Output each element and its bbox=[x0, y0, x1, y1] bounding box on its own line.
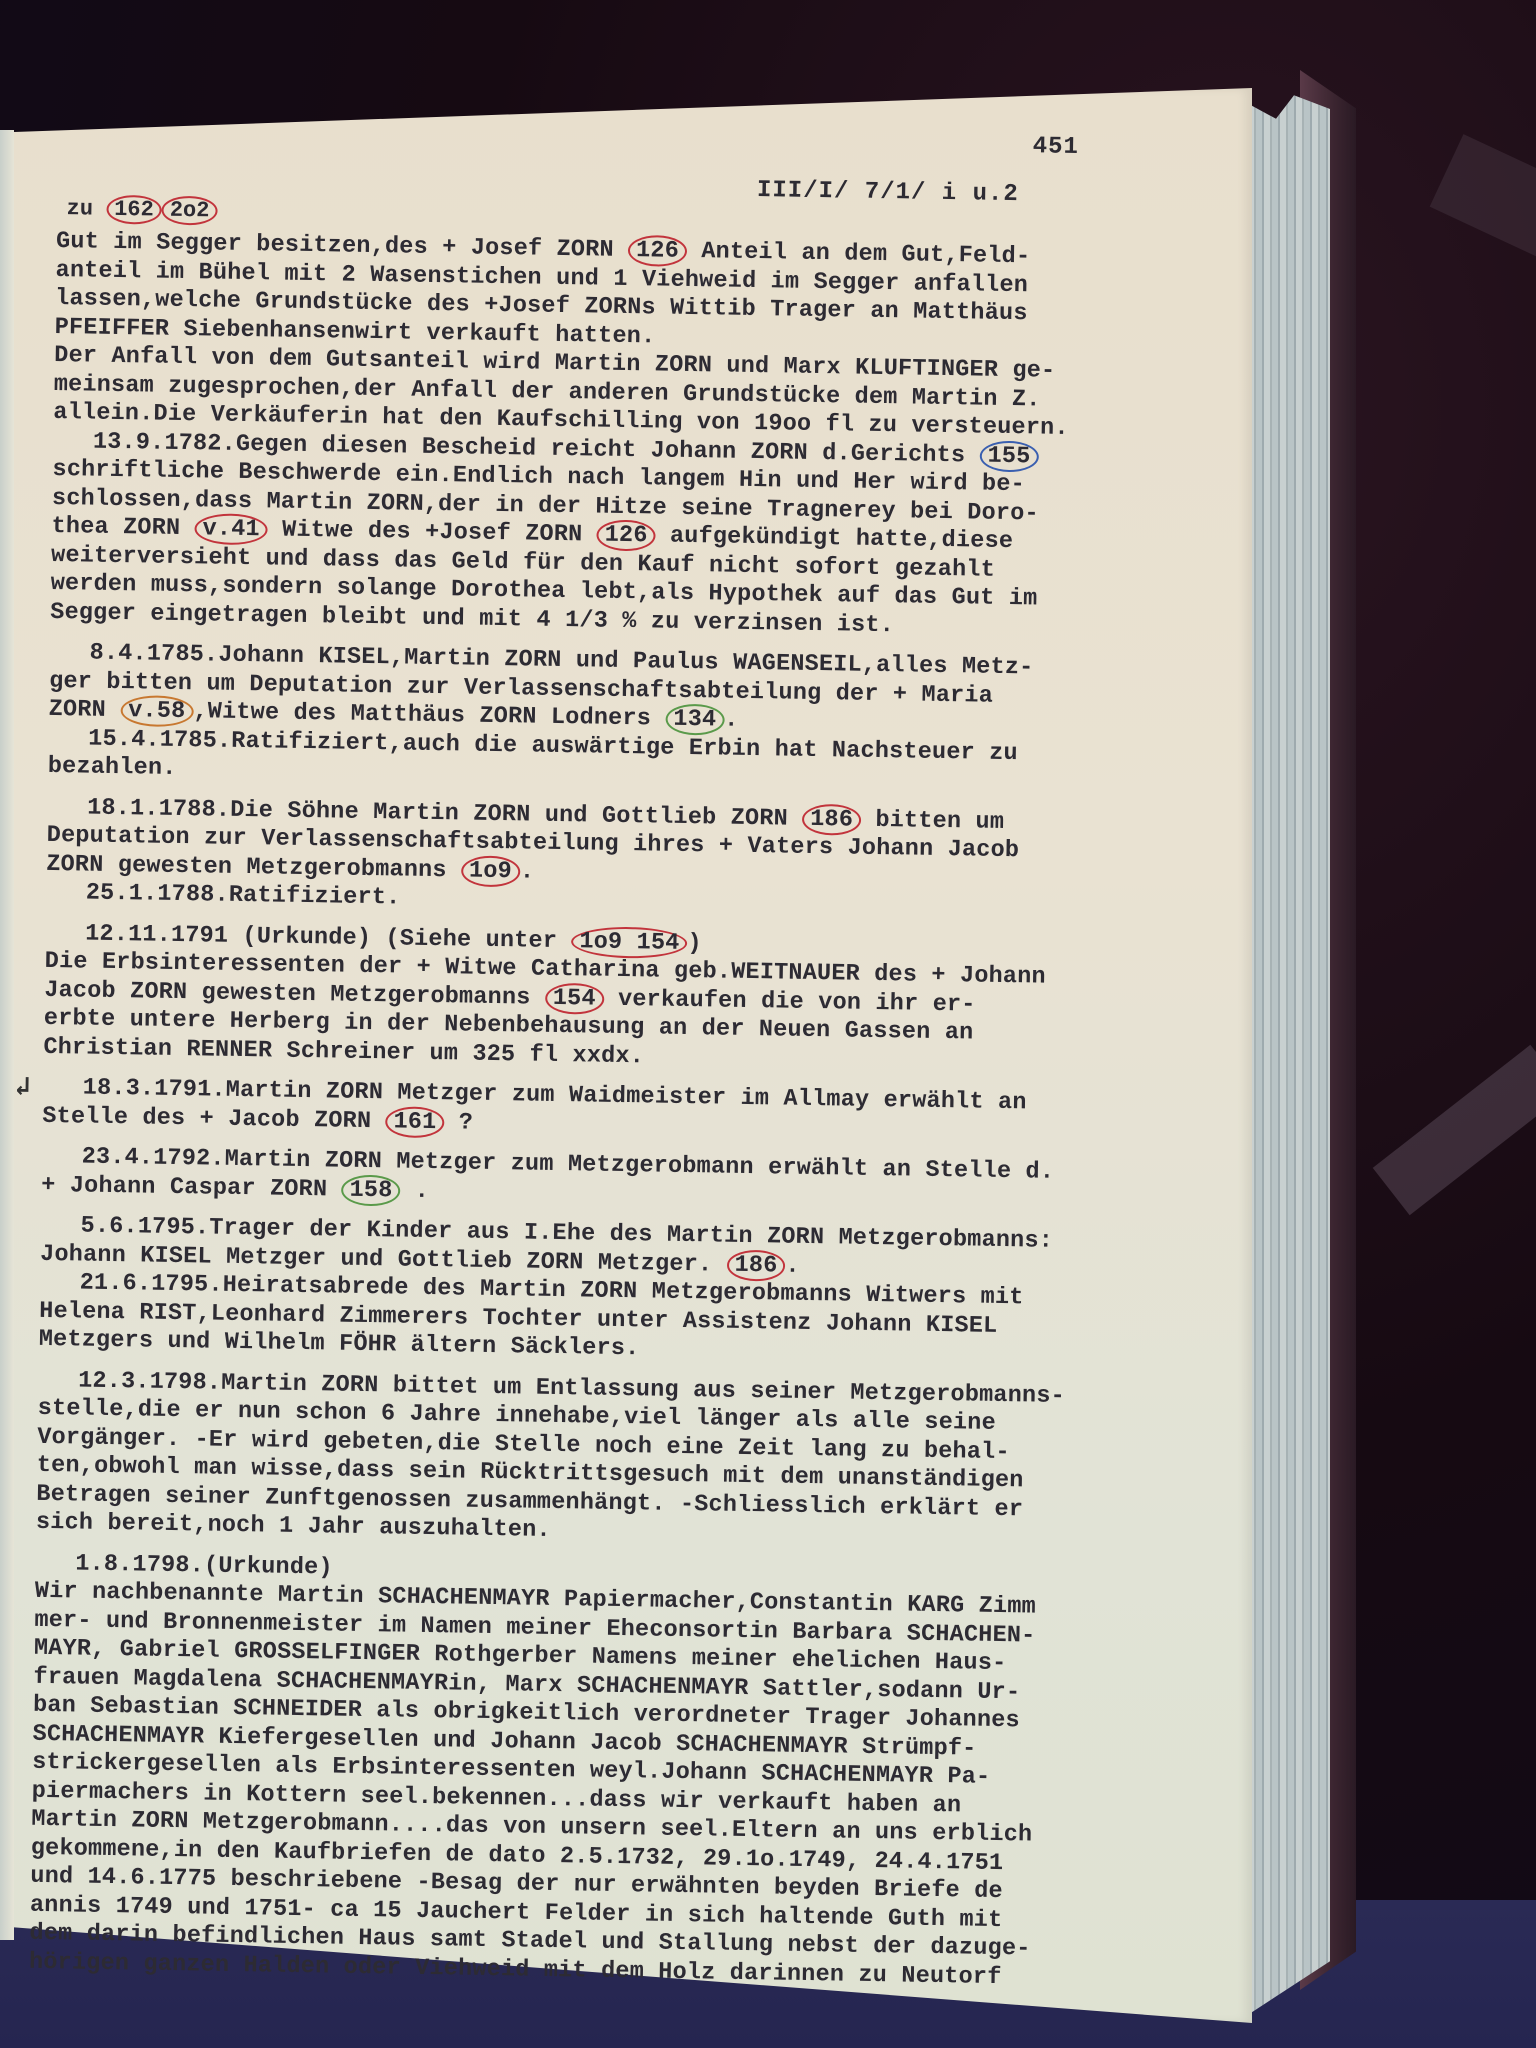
circled-reference: 134 bbox=[665, 704, 724, 736]
background-strap bbox=[1430, 134, 1536, 266]
previous-page-edge bbox=[0, 130, 14, 1940]
typewritten-text-body: Gut im Segger besitzen,des + Josef ZORN … bbox=[29, 228, 1083, 1993]
circled-reference: 161 bbox=[385, 1106, 444, 1138]
circled-reference: 154 bbox=[545, 982, 604, 1014]
circled-reference: 155 bbox=[979, 440, 1038, 472]
circled-reference: 126 bbox=[628, 235, 687, 267]
background-strap bbox=[1373, 1045, 1536, 1215]
header-prefix: zu bbox=[66, 196, 93, 221]
circled-reference: 162 bbox=[106, 195, 162, 225]
archive-reference: III/I/ 7/1/ i u.2 bbox=[757, 177, 1019, 208]
page-number: 451 bbox=[1032, 133, 1079, 161]
circled-reference: 158 bbox=[341, 1174, 400, 1206]
circled-reference: v.58 bbox=[120, 695, 194, 727]
circled-reference: 126 bbox=[596, 520, 655, 552]
margin-arrow-icon: ↲ bbox=[15, 1073, 31, 1102]
circled-reference: 186 bbox=[802, 803, 861, 835]
circled-reference: 2o2 bbox=[162, 196, 218, 226]
book-page-edges bbox=[1240, 60, 1330, 2020]
circled-reference: 1o9 154 bbox=[571, 926, 688, 959]
circled-reference: v.41 bbox=[194, 513, 268, 545]
header-cross-reference: zu 1622o2 bbox=[66, 196, 217, 223]
circled-reference: 1o9 bbox=[461, 855, 520, 887]
circled-reference: 186 bbox=[726, 1249, 785, 1281]
